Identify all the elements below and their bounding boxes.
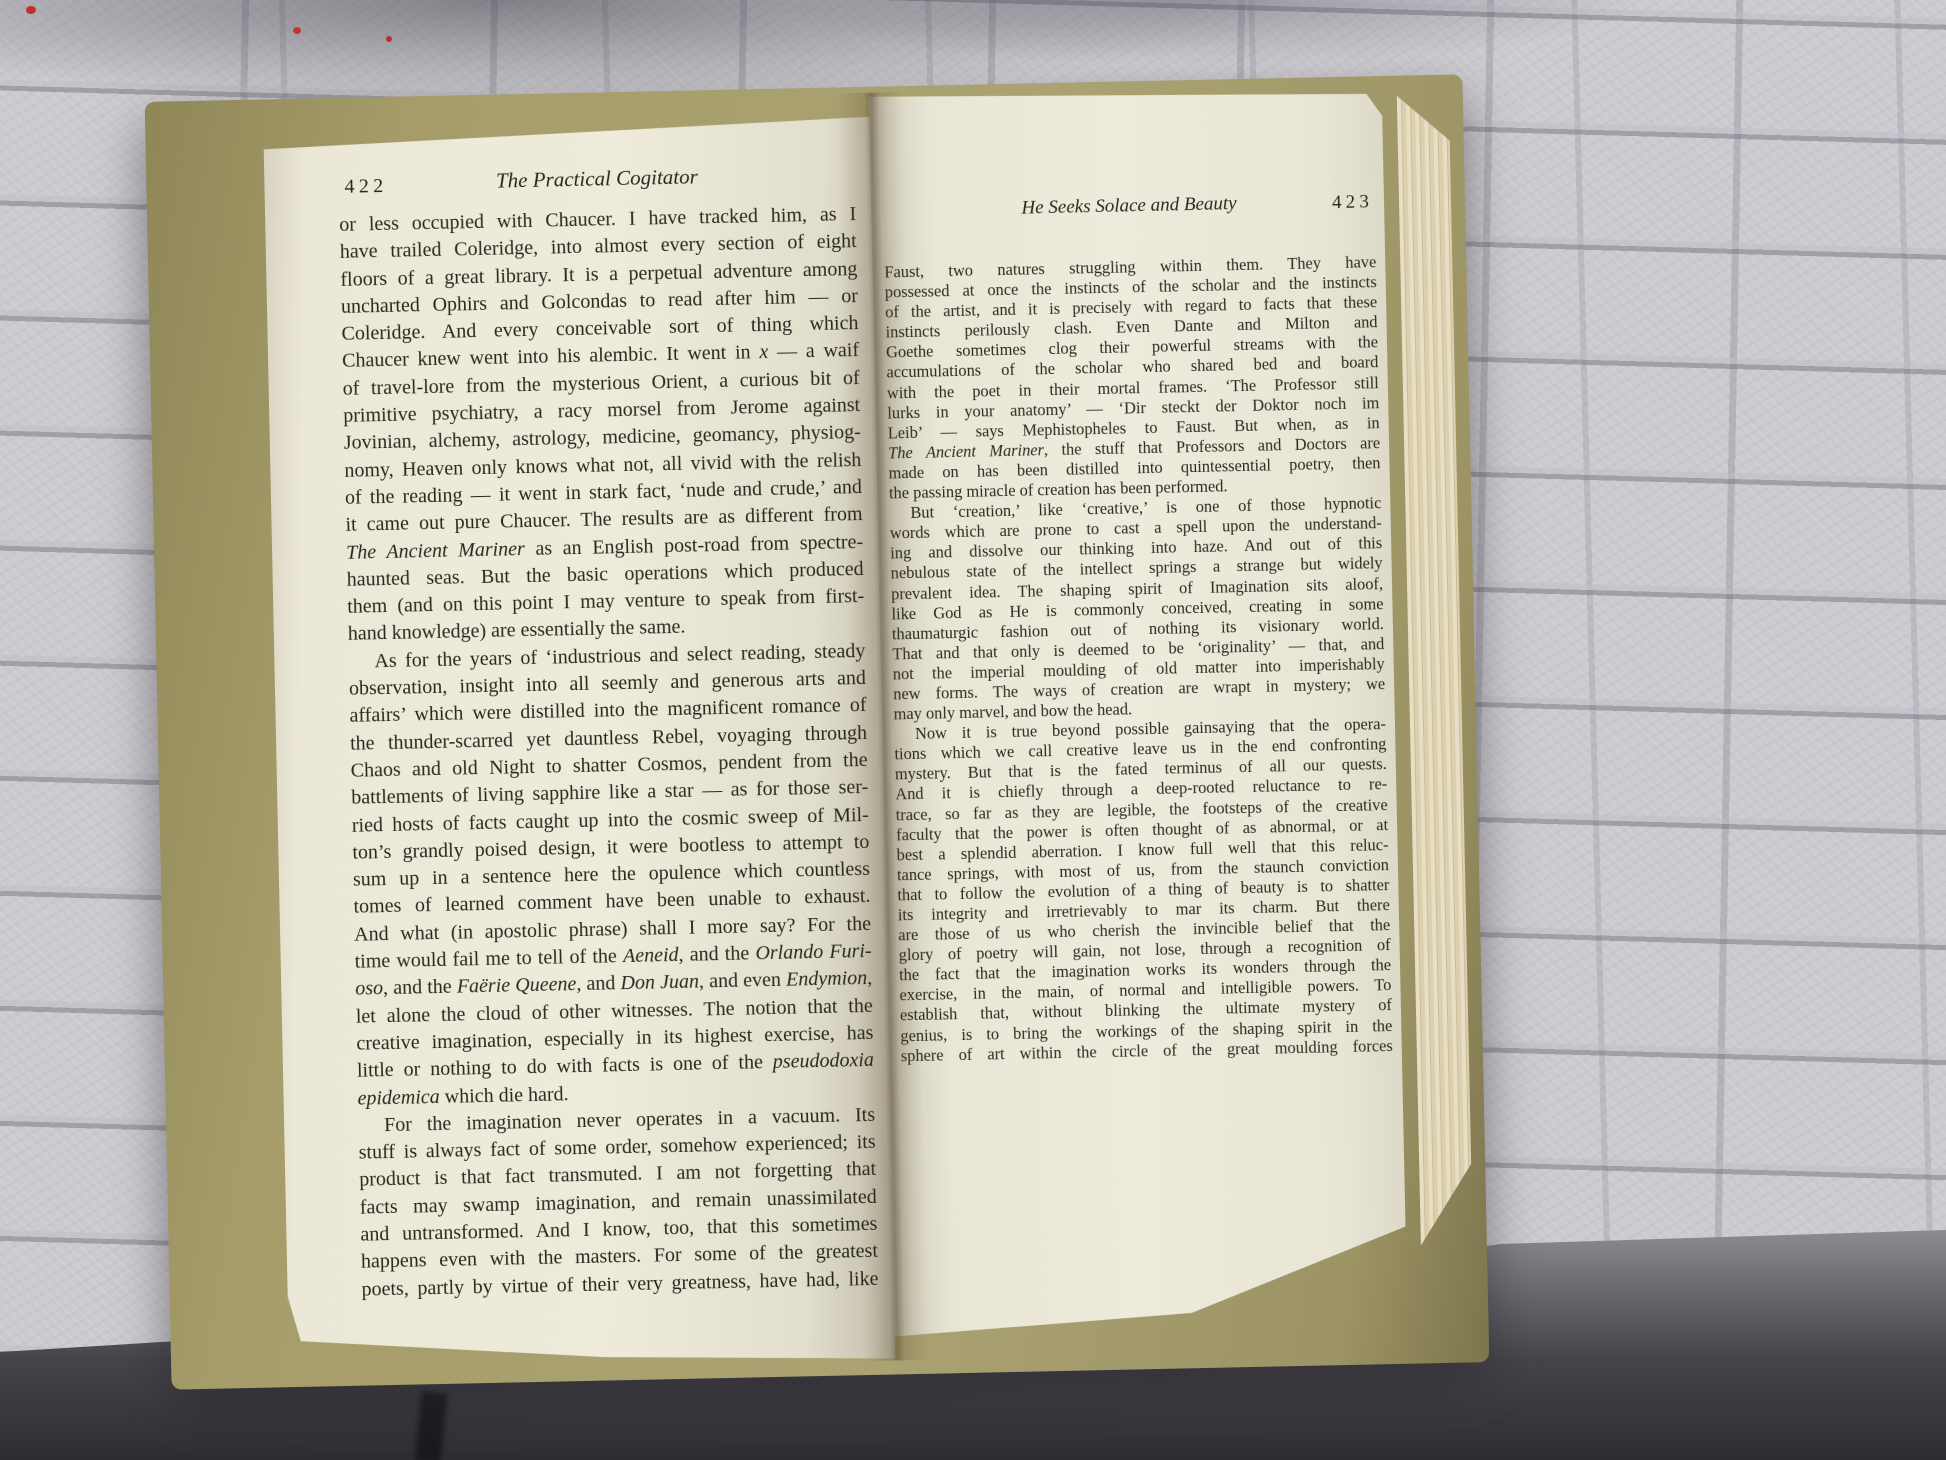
left-page-number: 422 bbox=[344, 175, 388, 199]
right-page-text: Faust, two natures struggling within the… bbox=[884, 252, 1393, 1066]
right-page-header-row: He Seeks Solace and Beauty 423 bbox=[883, 190, 1376, 232]
left-page-content: 422 The Practical Cogitator or less occu… bbox=[338, 161, 879, 1303]
right-page-content: He Seeks Solace and Beauty 423 Faust, tw… bbox=[883, 190, 1393, 1066]
red-paint-speck bbox=[293, 27, 301, 34]
right-page-number: 423 bbox=[1332, 191, 1373, 214]
left-running-header: The Practical Cogitator bbox=[338, 161, 855, 197]
left-page-text: or less occupied with Chaucer. I have tr… bbox=[339, 201, 879, 1303]
left-page-header-row: 422 The Practical Cogitator bbox=[338, 161, 856, 204]
right-running-header: He Seeks Solace and Beauty bbox=[883, 190, 1375, 222]
open-book: 422 The Practical Cogitator or less occu… bbox=[145, 74, 1490, 1389]
red-paint-speck bbox=[26, 6, 36, 14]
red-paint-speck bbox=[386, 36, 392, 42]
left-page: 422 The Practical Cogitator or less occu… bbox=[263, 117, 895, 1371]
book-photograph: { "scene": { "wall_color": "#cbcacf", "m… bbox=[0, 0, 1946, 1460]
right-page: He Seeks Solace and Beauty 423 Faust, tw… bbox=[869, 86, 1408, 1336]
